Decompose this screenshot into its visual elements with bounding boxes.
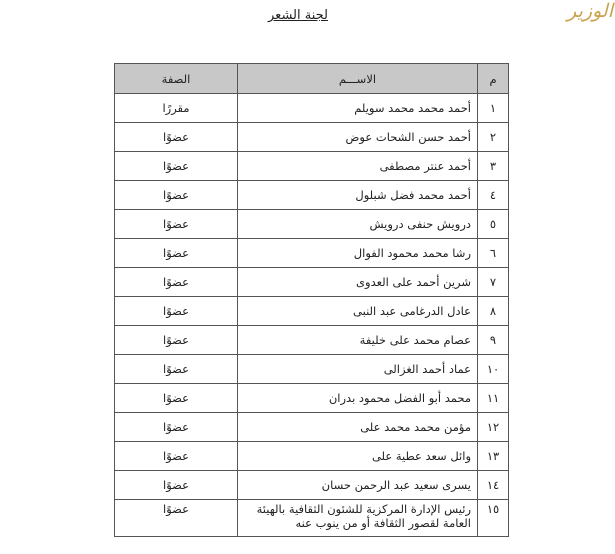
row-number: ٢	[478, 123, 509, 152]
member-role: عضوًا	[115, 471, 238, 500]
row-number: ١١	[478, 384, 509, 413]
table-row: ١٠عماد أحمد الغزالىعضوًا	[115, 355, 509, 384]
member-name: أحمد محمد محمد سويلم	[238, 94, 478, 123]
row-number: ١٠	[478, 355, 509, 384]
table-header-row: م الاســـم الصفة	[115, 64, 509, 94]
column-header-name: الاســـم	[238, 64, 478, 94]
member-name: عماد أحمد الغزالى	[238, 355, 478, 384]
table-row: ٦رشا محمد محمود الفوالعضوًا	[115, 239, 509, 268]
table-row: ١٥رئيس الإدارة المركزية للشئون الثقافية …	[115, 500, 509, 537]
row-number: ٣	[478, 152, 509, 181]
member-role: عضوًا	[115, 326, 238, 355]
member-role: عضوًا	[115, 123, 238, 152]
row-number: ١٥	[478, 500, 509, 537]
row-number: ٦	[478, 239, 509, 268]
member-role: عضوًا	[115, 442, 238, 471]
table-row: ١أحمد محمد محمد سويلممقررًا	[115, 94, 509, 123]
table-row: ٥درويش حنفى درويشعضوًا	[115, 210, 509, 239]
member-name: رشا محمد محمود الفوال	[238, 239, 478, 268]
member-name: يسرى سعيد عبد الرحمن حسان	[238, 471, 478, 500]
table-row: ٩عصام محمد على خليفةعضوًا	[115, 326, 509, 355]
committee-table: م الاســـم الصفة ١أحمد محمد محمد سويلممق…	[114, 63, 509, 537]
member-name: أحمد عنتر مصطفى	[238, 152, 478, 181]
member-name: أحمد حسن الشحات عوض	[238, 123, 478, 152]
member-role: عضوًا	[115, 181, 238, 210]
table-row: ١٣وائل سعد عطية علىعضوًا	[115, 442, 509, 471]
table-row: ٧شرين أحمد على العدوىعضوًا	[115, 268, 509, 297]
table-row: ٤أحمد محمد فضل شبلولعضوًا	[115, 181, 509, 210]
row-number: ٨	[478, 297, 509, 326]
row-number: ٥	[478, 210, 509, 239]
member-name: درويش حنفى درويش	[238, 210, 478, 239]
row-number: ٧	[478, 268, 509, 297]
row-number: ١٣	[478, 442, 509, 471]
row-number: ٤	[478, 181, 509, 210]
column-header-role: الصفة	[115, 64, 238, 94]
member-name: أحمد محمد فضل شبلول	[238, 181, 478, 210]
row-number: ١٤	[478, 471, 509, 500]
member-name: شرين أحمد على العدوى	[238, 268, 478, 297]
member-name: عادل الدرغامى عبد النبى	[238, 297, 478, 326]
member-role: عضوًا	[115, 297, 238, 326]
table-row: ١١محمد أبو الفضل محمود بدرانعضوًا	[115, 384, 509, 413]
table-row: ١٢مؤمن محمد محمد علىعضوًا	[115, 413, 509, 442]
table-row: ٢أحمد حسن الشحات عوضعضوًا	[115, 123, 509, 152]
ministry-logo: الوزير	[553, 0, 613, 26]
member-role: عضوًا	[115, 355, 238, 384]
row-number: ١٢	[478, 413, 509, 442]
member-role: عضوًا	[115, 210, 238, 239]
row-number: ١	[478, 94, 509, 123]
table-row: ٨عادل الدرغامى عبد النبىعضوًا	[115, 297, 509, 326]
member-role: عضوًا	[115, 500, 238, 537]
member-role: عضوًا	[115, 268, 238, 297]
table-row: ١٤يسرى سعيد عبد الرحمن حسانعضوًا	[115, 471, 509, 500]
member-name: محمد أبو الفضل محمود بدران	[238, 384, 478, 413]
member-role: عضوًا	[115, 239, 238, 268]
member-name: عصام محمد على خليفة	[238, 326, 478, 355]
member-name: رئيس الإدارة المركزية للشئون الثقافية با…	[238, 500, 478, 537]
row-number: ٩	[478, 326, 509, 355]
table-row: ٣أحمد عنتر مصطفىعضوًا	[115, 152, 509, 181]
member-role: عضوًا	[115, 384, 238, 413]
page-title: لجنة الشعر	[248, 8, 348, 23]
member-role: مقررًا	[115, 94, 238, 123]
member-name: مؤمن محمد محمد على	[238, 413, 478, 442]
member-role: عضوًا	[115, 413, 238, 442]
member-name: وائل سعد عطية على	[238, 442, 478, 471]
column-header-number: م	[478, 64, 509, 94]
member-role: عضوًا	[115, 152, 238, 181]
